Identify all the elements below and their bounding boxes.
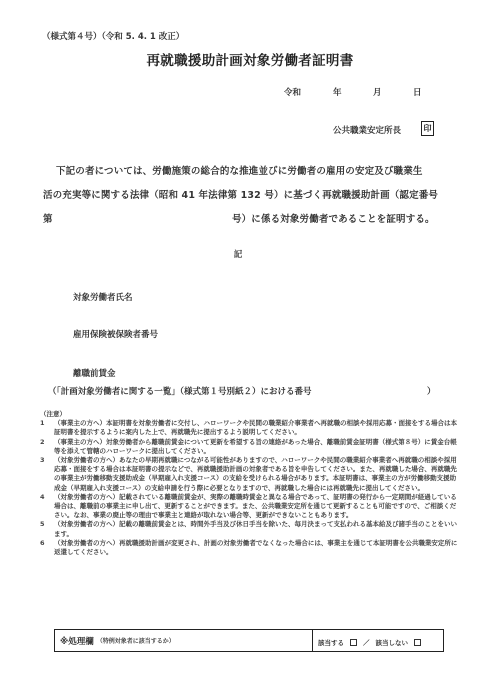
field-worker-name: 対象労働者氏名	[73, 291, 133, 303]
note-text: （対象労働者の方へ）記載されている離職前賃金が、実際の離職時賃金と異なる場合であ…	[54, 493, 460, 521]
reference-number-close: ）	[427, 385, 436, 397]
note-item: 1 （事業主の方へ）本証明書を対象労働者に交付し、ハローワークや民間の職業紹介事…	[40, 419, 460, 437]
note-number: 5	[40, 520, 54, 538]
note-item: 5 （対象労働者の方へ）記載の離職前賃金とは、時間外手当及び休日手当を除いた、毎…	[40, 520, 460, 538]
note-item: 4 （対象労働者の方へ）記載されている離職前賃金が、実際の離職時賃金と異なる場合…	[40, 493, 460, 521]
field-insurance-number: 雇用保険被保険者番号	[73, 328, 158, 340]
note-item: 6 （対象労働者の方へ）再就職援助計画が変更され、計画の対象労働者でなくなった場…	[40, 539, 460, 557]
note-text: （事業主の方へ）対象労働者から離職前賃金について更新を希望する旨の連絡があった場…	[54, 438, 460, 456]
processing-label: ※処理欄	[60, 635, 94, 647]
note-number: 3	[40, 456, 54, 493]
checkbox-not-applicable-icon[interactable]	[414, 639, 421, 646]
note-number: 1	[40, 419, 54, 437]
statement-line-2: 活の充実等に関する法律（昭和 41 年法律第 132 号）に基づく再就職援助計画…	[43, 187, 438, 201]
date-month-label: 月	[373, 86, 382, 98]
statement-line-3-suffix: 号）に係る対象労働者であることを証明する。	[232, 211, 435, 225]
note-item: 3 （対象労働者の方へ）あなたの早期再就職につながる可能性がありますので、ハロー…	[40, 456, 460, 493]
note-text: （事業主の方へ）本証明書を対象労働者に交付し、ハローワークや民間の職業紹介事業者…	[54, 419, 460, 437]
processing-sublabel: （特例対象者に該当するか）	[97, 636, 175, 645]
form-number: （様式第４号）（令和 5. 4. 1 改正）	[42, 30, 184, 42]
checkbox-applicable-icon[interactable]	[350, 639, 357, 646]
note-item: 2 （事業主の方へ）対象労働者から離職前賃金について更新を希望する旨の連絡があっ…	[40, 438, 460, 456]
date-era: 令和	[284, 86, 301, 98]
note-number: 2	[40, 438, 54, 456]
record-heading: 記	[0, 248, 476, 260]
processing-box: ※処理欄 （特例対象者に該当するか） 該当する ／ 該当しない	[54, 629, 444, 652]
processing-label-cell: ※処理欄 （特例対象者に該当するか）	[55, 630, 313, 651]
note-text: （対象労働者の方へ）再就職援助計画が変更され、計画の対象労働者でなくなった場合に…	[54, 539, 460, 557]
note-text: （対象労働者の方へ）あなたの早期再就職につながる可能性がありますので、ハローワー…	[54, 456, 460, 493]
field-previous-wage: 離職前賃金	[73, 367, 116, 379]
date-year-label: 年	[333, 86, 342, 98]
option-applicable-label: 該当する	[318, 638, 344, 647]
option-not-applicable-label: 該当しない	[376, 638, 409, 647]
note-number: 4	[40, 493, 54, 521]
date-day-label: 日	[413, 86, 422, 98]
issuer-office: 公共職業安定所長	[333, 124, 401, 136]
statement-line-1: 下記の者については、労働施策の総合的な推進並びに労働者の雇用の安定及び職業生	[56, 163, 423, 177]
notes-section: （注意） 1 （事業主の方へ）本証明書を対象労働者に交付し、ハローワークや民間の…	[40, 410, 460, 557]
statement-line-3-prefix: 第	[43, 211, 53, 225]
note-text: （対象労働者の方へ）記載の離職前賃金とは、時間外手当及び休日手当を除いた、毎月決…	[54, 520, 460, 538]
reference-number-label: （「計画対象労働者に関する一覧」（様式第１号別紙２）における番号	[48, 385, 312, 397]
processing-options-cell: 該当する ／ 該当しない	[313, 630, 443, 651]
document-title: 再就職援助計画対象労働者証明書	[0, 49, 500, 69]
seal-mark: 印	[421, 121, 434, 136]
option-separator: ／	[363, 638, 370, 647]
notes-heading: （注意）	[40, 410, 460, 419]
note-number: 6	[40, 539, 54, 557]
